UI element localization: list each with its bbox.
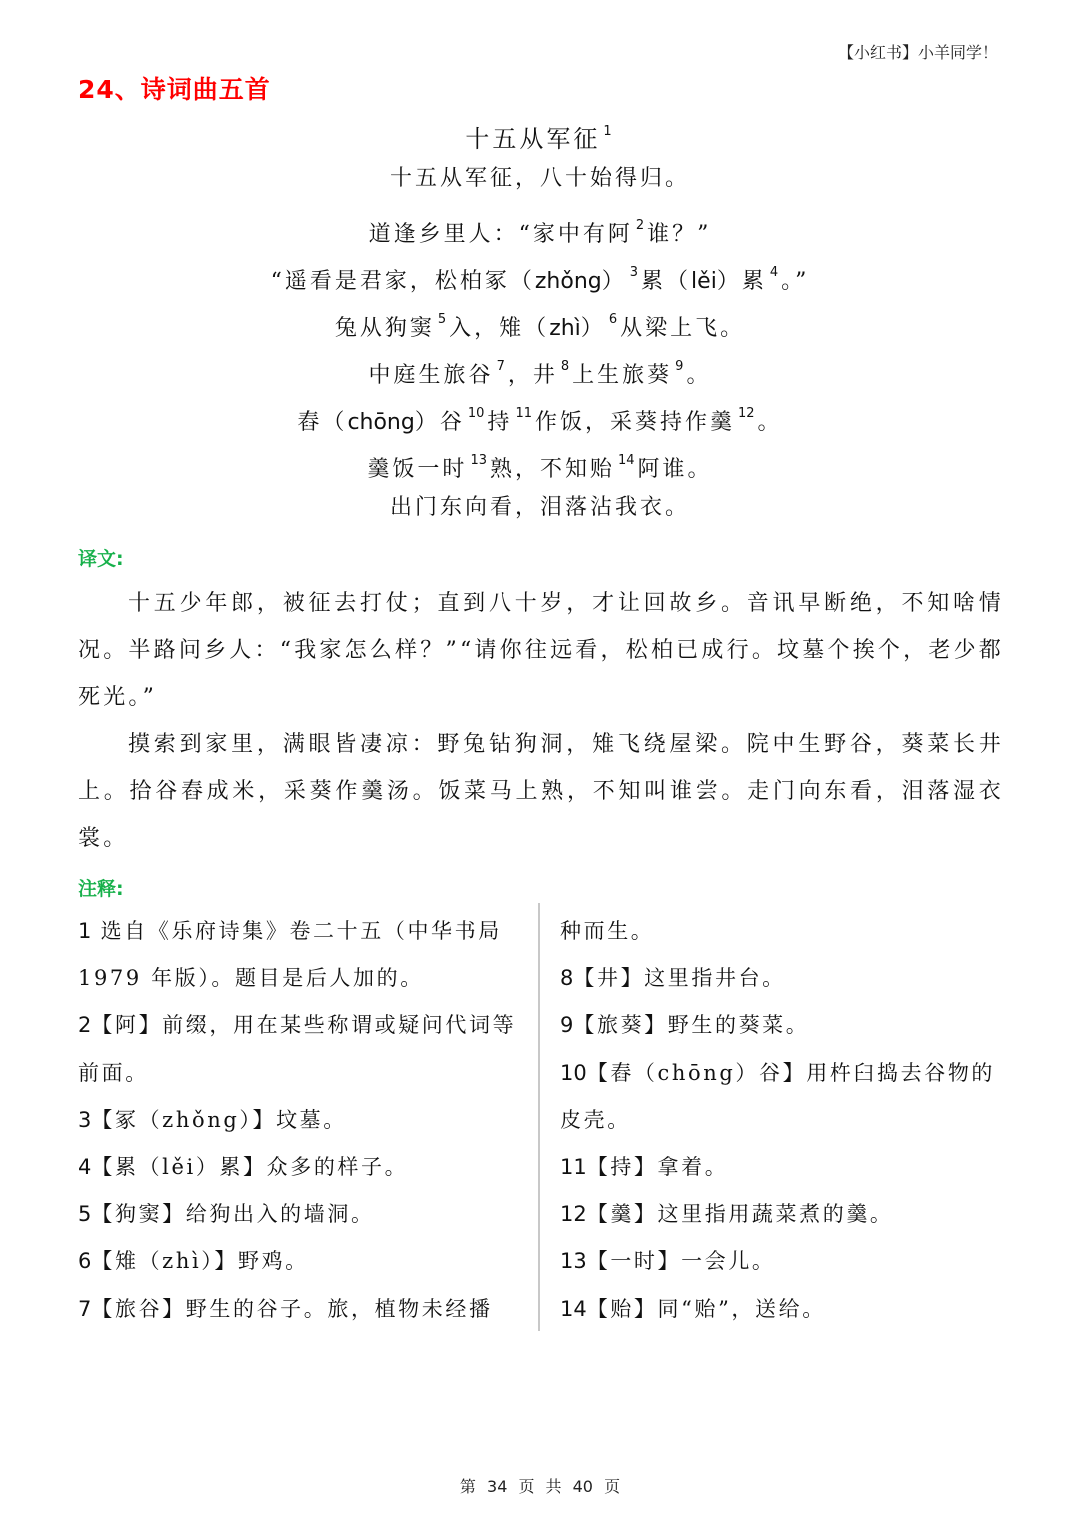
note-text: 【一时】一会儿。 <box>587 1249 776 1273</box>
section-title: 24、诗词曲五首 <box>78 70 271 106</box>
footnote-ref: 7 <box>497 359 505 374</box>
note-text: 【冢（zhǒng）】坟墓。 <box>91 1108 347 1132</box>
poem-line: “遥看是君家，松柏冢（zhǒng）3累（lěi）累4。” <box>0 249 1080 296</box>
note-number: 6 <box>78 1249 91 1273</box>
poem-line: 舂（chōng）谷10持11作饭，采葵持作羹12。 <box>0 390 1080 437</box>
footnote-ref: 8 <box>561 359 569 374</box>
poem-line-text: “遥看是君家，松柏冢（ <box>271 269 535 294</box>
note-number: 4 <box>78 1155 91 1179</box>
poem-line-text: 入，雉（ <box>449 316 549 341</box>
footnote-ref: 13 <box>470 453 487 468</box>
page-number: 第 34 页 共 40 页 <box>0 1474 1080 1497</box>
note-item: 5【狗窦】给狗出入的墙洞。 <box>78 1191 524 1238</box>
note-item: 2【阿】前缀，用在某些称谓或疑问代词等前面。 <box>78 1002 524 1096</box>
footnote-ref: 1 <box>603 124 611 139</box>
translation-paragraph: 十五少年郎，被征去打仗；直到八十岁，才让回故乡。音讯早断绝，不知啥情况。半路问乡… <box>78 580 1004 721</box>
pinyin: chōng <box>347 410 414 435</box>
note-number: 12 <box>560 1202 587 1226</box>
note-item: 14【贻】同“贻”，送给。 <box>560 1286 1004 1333</box>
note-item: 1 选自《乐府诗集》卷二十五（中华书局1979 年版）。题目是后人加的。 <box>78 908 524 1002</box>
note-number: 8 <box>560 966 573 990</box>
footnote-ref: 11 <box>515 406 532 421</box>
poem-line-text: 累（ <box>641 269 691 294</box>
note-item: 3【冢（zhǒng）】坟墓。 <box>78 1097 524 1144</box>
poem-line-text: 谁？” <box>647 222 711 247</box>
pinyin: zhì <box>549 316 581 341</box>
poem-line: 道逢乡里人：“家中有阿2谁？” <box>0 202 1080 249</box>
note-number: 2 <box>78 1013 91 1037</box>
note-item: 7【旅谷】野生的谷子。旅，植物未经播 <box>78 1286 524 1333</box>
poem-line: 羹饭一时13熟，不知贻14阿谁。 <box>0 437 1080 484</box>
note-number: 11 <box>560 1155 587 1179</box>
note-text: 【井】这里指井台。 <box>573 966 785 990</box>
poem-line-text: ）谷 <box>415 410 465 435</box>
poem-line-text: ） <box>581 316 606 341</box>
poem-line-text: 兔从狗窦 <box>335 316 435 341</box>
footnote-ref: 2 <box>636 218 644 233</box>
poem-line-text: 从梁上飞。 <box>620 316 745 341</box>
note-text: 【贻】同“贻”，送给。 <box>587 1297 826 1321</box>
poem-line-text: 舂（ <box>297 410 347 435</box>
poem-line-text: ，井 <box>508 363 558 388</box>
note-item: 6【雉（zhì）】野鸡。 <box>78 1238 524 1285</box>
note-item: 4【累（lěi）累】众多的样子。 <box>78 1144 524 1191</box>
note-number: 1 <box>78 919 91 943</box>
note-text: 【狗窦】给狗出入的墙洞。 <box>91 1202 374 1226</box>
note-item: 10【舂（chōng）谷】用杵臼捣去谷物的皮壳。 <box>560 1050 1004 1144</box>
note-text: 【雉（zhì）】野鸡。 <box>91 1249 308 1273</box>
note-item: 种而生。 <box>560 908 1004 955</box>
poem-line: 十五从军征，八十始得归。 <box>0 155 1080 202</box>
footnote-ref: 9 <box>675 359 683 374</box>
poem-line-text: 。” <box>781 269 809 294</box>
poem-line-text: 上生旅葵 <box>572 363 672 388</box>
notes-column-right: 种而生。 8【井】这里指井台。 9【旅葵】野生的葵菜。 10【舂（chōng）谷… <box>560 908 1004 1333</box>
poem-line-text: ）累 <box>717 269 767 294</box>
footnote-ref: 5 <box>438 312 446 327</box>
note-number: 13 <box>560 1249 587 1273</box>
poem-line: 兔从狗窦5入，雉（zhì）6从梁上飞。 <box>0 296 1080 343</box>
footnote-ref: 4 <box>770 265 778 280</box>
poem-line-text: 持 <box>487 410 512 435</box>
note-text: 【旅谷】野生的谷子。旅，植物未经播 <box>91 1297 492 1321</box>
poem-line-text: 羹饭一时 <box>367 457 467 482</box>
source-tag: 【小红书】小羊同学！ <box>838 40 998 63</box>
poem-block: 十五从军征1 十五从军征，八十始得归。 道逢乡里人：“家中有阿2谁？” “遥看是… <box>0 108 1080 531</box>
translation-body: 十五少年郎，被征去打仗；直到八十岁，才让回故乡。音讯早断绝，不知啥情况。半路问乡… <box>78 580 1004 862</box>
footnote-ref: 14 <box>618 453 635 468</box>
poem-line-text: 阿谁。 <box>638 457 713 482</box>
poem-line-text: 中庭生旅谷 <box>369 363 494 388</box>
footnote-ref: 12 <box>738 406 755 421</box>
note-number: 10 <box>560 1061 587 1085</box>
note-text: 【累（lěi）累】众多的样子。 <box>91 1155 408 1179</box>
poem-line-text: 出门东向看，泪落沾我衣。 <box>390 495 690 520</box>
column-divider <box>538 903 540 1331</box>
poem-line-text: 。 <box>686 363 711 388</box>
note-item: 13【一时】一会儿。 <box>560 1238 1004 1285</box>
footnote-ref: 3 <box>630 265 638 280</box>
pinyin: zhǒng <box>535 269 602 294</box>
note-number: 5 <box>78 1202 91 1226</box>
note-item: 11【持】拿着。 <box>560 1144 1004 1191</box>
poem-line-text: 熟，不知贻 <box>490 457 615 482</box>
poem-line-text: 作饭，采葵持作羹 <box>535 410 735 435</box>
translation-paragraph: 摸索到家里，满眼皆凄凉：野兔钻狗洞，雉飞绕屋梁。院中生野谷，葵菜长井上。拾谷舂成… <box>78 721 1004 862</box>
footnote-ref: 10 <box>468 406 485 421</box>
footnote-ref: 6 <box>609 312 617 327</box>
poem-line-text: ） <box>602 269 627 294</box>
note-number: 9 <box>560 1013 573 1037</box>
notes-column-left: 1 选自《乐府诗集》卷二十五（中华书局1979 年版）。题目是后人加的。 2【阿… <box>78 908 524 1333</box>
notes-section: 1 选自《乐府诗集》卷二十五（中华书局1979 年版）。题目是后人加的。 2【阿… <box>78 908 1004 1333</box>
notes-label: 注释: <box>78 874 124 901</box>
poem-line-text: 道逢乡里人：“家中有阿 <box>369 222 633 247</box>
poem-line: 中庭生旅谷7，井8上生旅葵9。 <box>0 343 1080 390</box>
note-text: 选自《乐府诗集》卷二十五（中华书局1979 年版）。题目是后人加的。 <box>78 919 502 990</box>
note-number: 14 <box>560 1297 587 1321</box>
poem-title-text: 十五从军征 <box>465 125 600 153</box>
note-text: 【持】拿着。 <box>587 1155 729 1179</box>
note-number: 3 <box>78 1108 91 1132</box>
note-item: 8【井】这里指井台。 <box>560 955 1004 1002</box>
note-item: 9【旅葵】野生的葵菜。 <box>560 1002 1004 1049</box>
poem-line-text: 十五从军征，八十始得归。 <box>390 166 690 191</box>
note-number: 7 <box>78 1297 91 1321</box>
poem-title: 十五从军征1 <box>0 108 1080 155</box>
pinyin: lěi <box>691 269 717 294</box>
note-text: 【旅葵】野生的葵菜。 <box>573 1013 809 1037</box>
note-text: 种而生。 <box>560 919 654 943</box>
note-text: 【羹】这里指用蔬菜煮的羹。 <box>587 1202 894 1226</box>
translation-label: 译文: <box>78 544 124 571</box>
note-text: 【阿】前缀，用在某些称谓或疑问代词等前面。 <box>78 1013 516 1084</box>
poem-line: 出门东向看，泪落沾我衣。 <box>0 484 1080 531</box>
note-item: 12【羹】这里指用蔬菜煮的羹。 <box>560 1191 1004 1238</box>
note-text: 【舂（chōng）谷】用杵臼捣去谷物的皮壳。 <box>560 1061 995 1132</box>
poem-line-text: 。 <box>758 410 783 435</box>
